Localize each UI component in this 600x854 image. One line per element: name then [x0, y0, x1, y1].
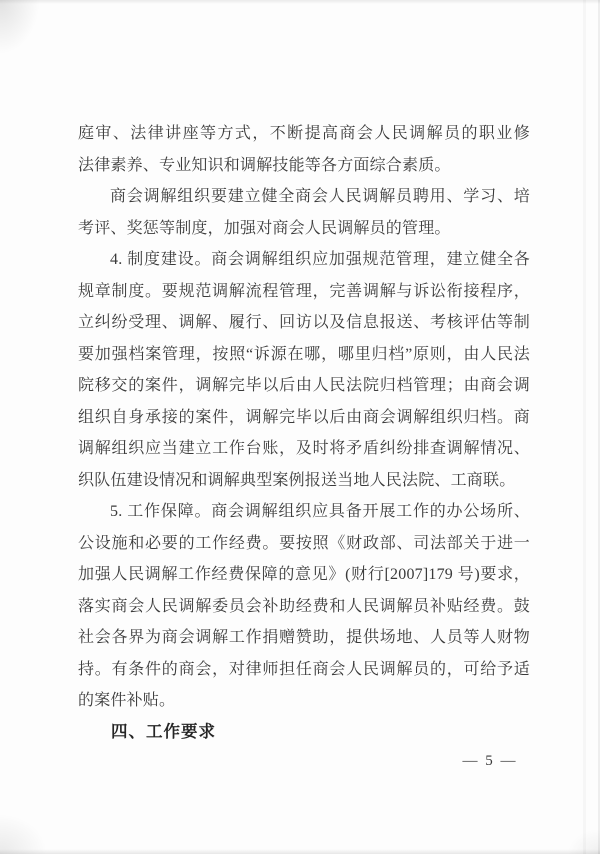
text-line: 社会各界为商会调解工作捐赠赞助，提供场地、人员等人财物支 — [78, 622, 530, 654]
text-line: 加强人民调解工作经费保障的意见》(财行[2007]179 号)要求， — [78, 559, 530, 591]
text-line: 规章制度。要规范调解流程管理，完善调解与诉讼衔接程序，建 — [78, 276, 530, 308]
section-heading: 四、工作要求 — [78, 717, 530, 749]
text-line: 庭审、法律讲座等方式，不断提高商会人民调解员的职业修养、 — [78, 118, 530, 150]
document-body: 庭审、法律讲座等方式，不断提高商会人民调解员的职业修养、 法律素养、专业知识和调… — [78, 118, 530, 748]
text-line: 调解组织应当建立工作台账，及时将矛盾纠纷排查调解情况、组 — [78, 433, 530, 465]
text-line: 要加强档案管理，按照“诉源在哪，哪里归档”原则，由人民法 — [78, 339, 530, 371]
text-line: 织队伍建设情况和调解典型案例报送当地人民法院、工商联。 — [78, 465, 530, 497]
text-line: 立纠纷受理、调解、履行、回访以及信息报送、考核评估等制度。 — [78, 307, 530, 339]
text-line: 4. 制度建设。商会调解组织应加强规范管理，建立健全各项 — [78, 244, 530, 276]
text-line: 法律素养、专业知识和调解技能等各方面综合素质。 — [78, 150, 530, 182]
text-line: 落实商会人民调解委员会补助经费和人民调解员补贴经费。鼓励 — [78, 591, 530, 623]
text-line: 院移交的案件，调解完毕以后由人民法院归档管理；由商会调解 — [78, 370, 530, 402]
document-page: 庭审、法律讲座等方式，不断提高商会人民调解员的职业修养、 法律素养、专业知识和调… — [0, 0, 600, 854]
text-line: 考评、奖惩等制度，加强对商会人民调解员的管理。 — [78, 213, 530, 245]
text-line: 5. 工作保障。商会调解组织应具备开展工作的办公场所、办 — [78, 496, 530, 528]
text-line: 商会调解组织要建立健全商会人民调解员聘用、学习、培训、 — [78, 181, 530, 213]
text-line: 的案件补贴。 — [78, 685, 530, 717]
text-line: 持。有条件的商会，对律师担任商会人民调解员的，可给予适当 — [78, 654, 530, 686]
page-number: — 5 — — [434, 750, 546, 772]
text-line: 组织自身承接的案件，调解完毕以后由商会调解组织归档。商会 — [78, 402, 530, 434]
scan-artifact-streak — [583, 0, 586, 854]
text-line: 公设施和必要的工作经费。要按照《财政部、司法部关于进一步 — [78, 528, 530, 560]
